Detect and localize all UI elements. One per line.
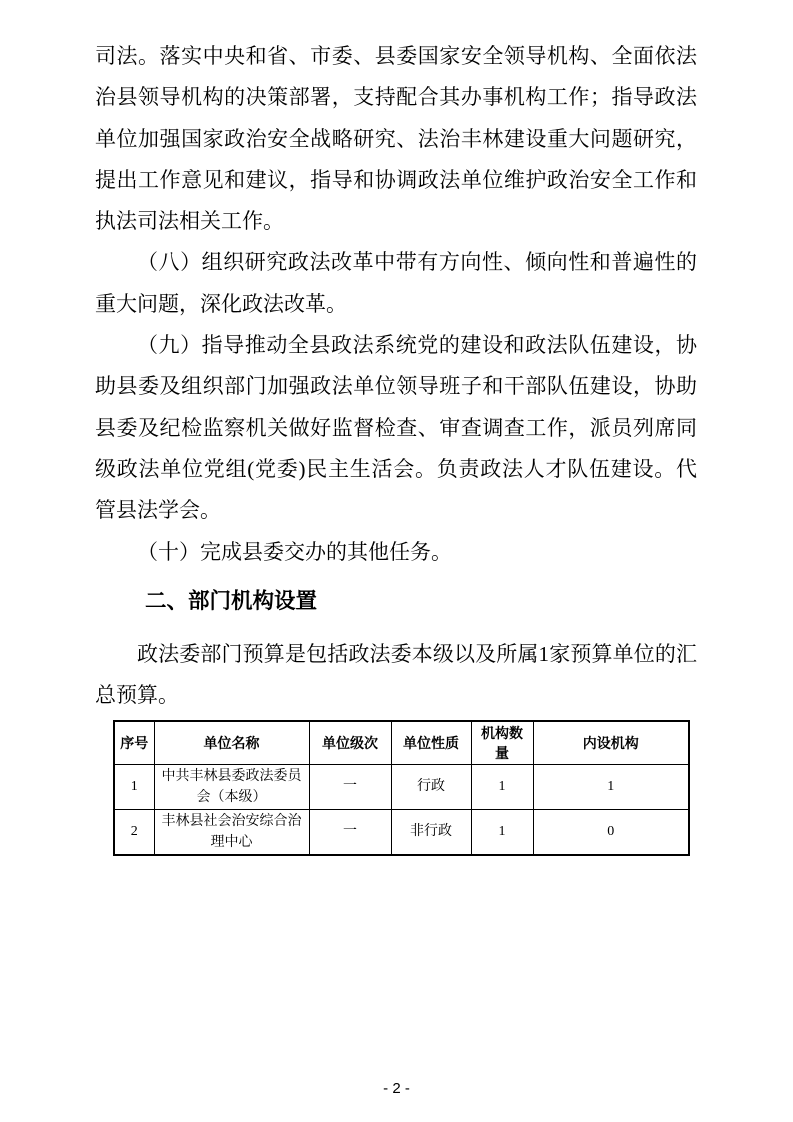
text-line: 级政法单位党组(党委)民主生活会。负责政法人才队伍建设。代 — [95, 449, 697, 490]
page-number: - 2 - — [0, 1080, 793, 1097]
table-header-row: 序号单位名称单位级次单位性质机构数量内设机构 — [114, 721, 689, 765]
table-cell: 1 — [471, 809, 533, 855]
section-heading: 二、部门机构设置 — [95, 581, 697, 622]
text-line: 执法司法相关工作。 — [95, 201, 697, 242]
text-line: 管县法学会。 — [95, 490, 697, 531]
table-cell: 非行政 — [391, 809, 471, 855]
text-line: 县委及纪检监察机关做好监督检查、审查调查工作，派员列席同 — [95, 408, 697, 449]
text-line: （九）指导推动全县政法系统党的建设和政法队伍建设，协 — [95, 325, 697, 366]
table-cell: 丰林县社会治安综合治理中心 — [154, 809, 309, 855]
intro-paragraph: 政法委部门预算是包括政法委本级以及所属1家预算单位的汇总预算。 — [95, 634, 697, 717]
document-body-text: 司法。落实中央和省、市委、县委国家安全领导机构、全面依法治县领导机构的决策部署，… — [95, 36, 697, 573]
table-header: 序号单位名称单位级次单位性质机构数量内设机构 — [114, 721, 689, 765]
text-line: 助县委及组织部门加强政法单位领导班子和干部队伍建设，协助 — [95, 366, 697, 407]
column-header: 内设机构 — [533, 721, 689, 765]
text-line: 提出工作意见和建议，指导和协调政法单位维护政治安全工作和 — [95, 160, 697, 201]
column-header: 单位级次 — [309, 721, 391, 765]
table-cell: 1 — [114, 764, 154, 809]
text-line: 重大问题，深化政法改革。 — [95, 284, 697, 325]
document-page: 司法。落实中央和省、市委、县委国家安全领导机构、全面依法治县领导机构的决策部署，… — [0, 0, 793, 1122]
table-row: 1中共丰林县委政法委员会（本级）一行政11 — [114, 764, 689, 809]
org-structure-table: 序号单位名称单位级次单位性质机构数量内设机构 1中共丰林县委政法委员会（本级）一… — [113, 720, 690, 856]
column-header: 单位名称 — [154, 721, 309, 765]
table-cell: 1 — [471, 764, 533, 809]
table-cell: 1 — [533, 764, 689, 809]
text-line: （十）完成县委交办的其他任务。 — [95, 532, 697, 573]
text-line: 治县领导机构的决策部署，支持配合其办事机构工作；指导政法 — [95, 77, 697, 118]
text-line: 单位加强国家政治安全战略研究、法治丰林建设重大问题研究， — [95, 119, 697, 160]
text-line: 司法。落实中央和省、市委、县委国家安全领导机构、全面依法 — [95, 36, 697, 77]
text-line: 政法委部门预算是包括政法委本级以及所属1家预算单位的汇 — [95, 634, 697, 675]
table-cell: 一 — [309, 809, 391, 855]
column-header: 序号 — [114, 721, 154, 765]
table-row: 2丰林县社会治安综合治理中心一非行政10 — [114, 809, 689, 855]
table-cell: 2 — [114, 809, 154, 855]
table-cell: 行政 — [391, 764, 471, 809]
table-body: 1中共丰林县委政法委员会（本级）一行政112丰林县社会治安综合治理中心一非行政1… — [114, 764, 689, 855]
document-content: 司法。落实中央和省、市委、县委国家安全领导机构、全面依法治县领导机构的决策部署，… — [0, 0, 793, 856]
column-header: 机构数量 — [471, 721, 533, 765]
table-cell: 0 — [533, 809, 689, 855]
table-cell: 中共丰林县委政法委员会（本级） — [154, 764, 309, 809]
text-line: （八）组织研究政法改革中带有方向性、倾向性和普遍性的 — [95, 242, 697, 283]
table-cell: 一 — [309, 764, 391, 809]
text-line: 总预算。 — [95, 675, 697, 716]
column-header: 单位性质 — [391, 721, 471, 765]
